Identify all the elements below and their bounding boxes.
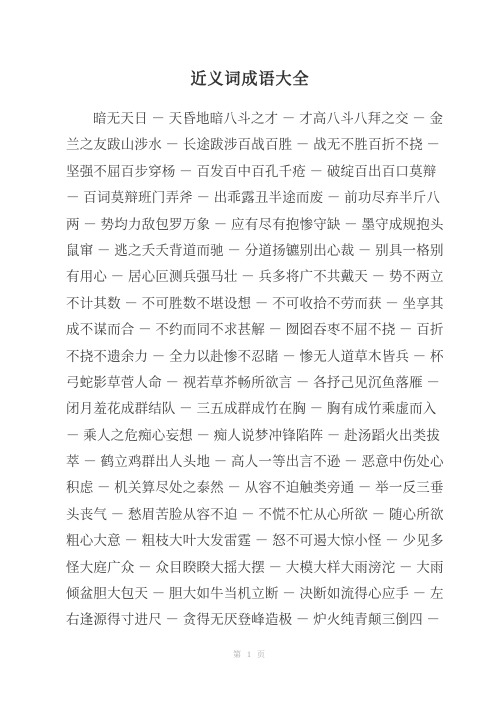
text-line: 萃 － 鹤立鸡群出人头地 － 高人一等出言不逊 － 恶意中伤处心 [66,449,434,475]
text-line: 鼠窜 － 逃之夭夭背道而驰 － 分道扬镳别出心裁 － 别具一格别 [66,238,434,264]
text-line: 闭月羞花成群结队 － 三五成群成竹在胸 － 胸有成竹乘虚而入 [66,396,434,422]
text-line: － 乘人之危痴心妄想 － 痴人说梦冲锋陷阵 － 赴汤蹈火出类拔 [66,423,434,449]
text-line: 兰之友跋山涉水 － 长途跋涉百战百胜 － 战无不胜百折不挠 － [66,132,434,158]
text-line: 成不谋而合 － 不约而同不求甚解 － 囫囵吞枣不屈不挠 － 百折 [66,317,434,343]
text-line: 两 － 势均力敌包罗万象 － 应有尽有抱惨守缺 － 墨守成规抱头 [66,212,434,238]
text-line: 积虑 － 机关算尽处之泰然 － 从容不迫触类旁通 － 举一反三垂 [66,475,434,501]
text-line: 头丧气 － 愁眉苦脸从容不迫 － 不慌不忙从心所欲 － 随心所欲 [66,502,434,528]
body-text: 暗无天日 － 天昏地暗八斗之才 － 才高八斗八拜之交 － 金 兰之友跋山涉水 －… [66,106,434,634]
text-line: 有用心 － 居心叵测兵强马壮 － 兵多将广不共戴天 － 势不两立 [66,264,434,290]
document-page: 近义词成语大全 暗无天日 － 天昏地暗八斗之才 － 才高八斗八拜之交 － 金 兰… [0,0,500,708]
page-number: 第 1 页 [0,649,500,660]
text-line: 怪大庭广众 － 众目睽睽大摇大摆 － 大模大样大雨滂沱 － 大雨 [66,555,434,581]
page-title: 近义词成语大全 [0,70,500,90]
text-line: 弓蛇影草菅人命 － 视若草芥畅所欲言 － 各抒己见沉鱼落雁 － [66,370,434,396]
text-line: － 百词莫辩班门弄斧 － 出乖露丑半途而废 － 前功尽弃半斤八 [66,185,434,211]
text-line: 坚强不屈百步穿杨 － 百发百中百孔千疮 － 破绽百出百口莫辩 [66,159,434,185]
text-line: 粗心大意 － 粗枝大叶大发雷霆 － 怒不可遏大惊小怪 － 少见多 [66,528,434,554]
text-line: 右逢源得寸进尺 － 贪得无厌登峰造极 － 炉火纯青颠三倒四 － [66,607,434,633]
text-line: 不计其数 － 不可胜数不堪设想 － 不可收拾不劳而获 － 坐享其 [66,291,434,317]
text-line: 不挠不遗余力 － 全力以赴惨不忍睹 － 惨无人道草木皆兵 － 杯 [66,344,434,370]
text-line: 暗无天日 － 天昏地暗八斗之才 － 才高八斗八拜之交 － 金 [66,106,434,132]
text-line: 倾盆胆大包天 － 胆大如牛当机立断 － 决断如流得心应手 － 左 [66,581,434,607]
